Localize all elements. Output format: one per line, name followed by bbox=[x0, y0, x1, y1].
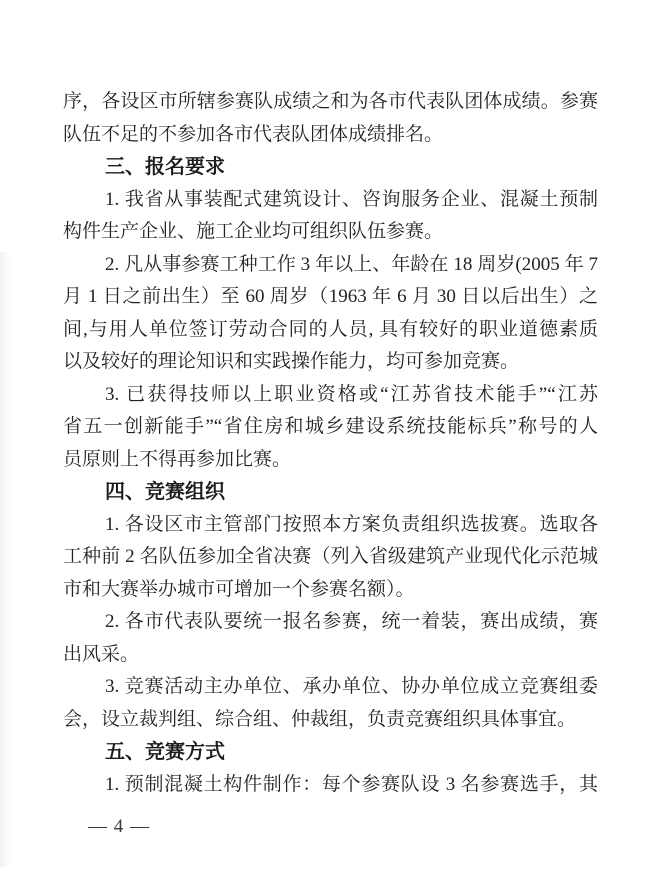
left-scan-shadow bbox=[0, 252, 13, 867]
document-text: 序，各设区市所辖参赛队成绩之和为各市代表队团体成绩。参赛队伍不足的不参加各市代表… bbox=[63, 86, 598, 801]
text-line: 以及较好的理论知识和实践操作能力，均可参加竞赛。 bbox=[63, 346, 598, 379]
text-line: 1. 预制混凝土构件制作：每个参赛队设 3 名参赛选手，其 bbox=[63, 769, 598, 802]
text-line: 3. 竞赛活动主办单位、承办单位、协办单位成立竞赛组委 bbox=[63, 671, 598, 704]
text-line: 2. 各市代表队要统一报名参赛，统一着装，赛出成绩，赛 bbox=[63, 606, 598, 639]
text-line: 月 1 日之前出生）至 60 周岁（1963 年 6 月 30 日以后出生）之 bbox=[63, 281, 598, 314]
text-line: 队伍不足的不参加各市代表队团体成绩排名。 bbox=[63, 119, 598, 152]
text-line: 员原则上不得再参加比赛。 bbox=[63, 444, 598, 477]
page-number: — 4 — bbox=[88, 812, 150, 842]
text-line: 2. 凡从事参赛工种工作 3 年以上、年龄在 18 周岁(2005 年 7 bbox=[63, 249, 598, 282]
section-heading: 三、报名要求 bbox=[63, 151, 598, 184]
text-line: 工种前 2 名队伍参加全省决赛（列入省级建筑产业现代化示范城 bbox=[63, 541, 598, 574]
text-line: 出风采。 bbox=[63, 639, 598, 672]
section-heading: 四、竞赛组织 bbox=[63, 476, 598, 509]
text-line: 序，各设区市所辖参赛队成绩之和为各市代表队团体成绩。参赛 bbox=[63, 86, 598, 119]
page-root: 序，各设区市所辖参赛队成绩之和为各市代表队团体成绩。参赛队伍不足的不参加各市代表… bbox=[0, 0, 660, 871]
text-line: 1. 我省从事装配式建筑设计、咨询服务企业、混凝土预制 bbox=[63, 184, 598, 217]
text-line: 3. 已获得技师以上职业资格或“江苏省技术能手”“江苏 bbox=[63, 379, 598, 412]
text-line: 间,与用人单位签订劳动合同的人员, 具有较好的职业道德素质 bbox=[63, 314, 598, 347]
text-line: 会，设立裁判组、综合组、仲裁组，负责竞赛组织具体事宜。 bbox=[63, 704, 598, 737]
text-line: 构件生产企业、施工企业均可组织队伍参赛。 bbox=[63, 216, 598, 249]
text-line: 省五一创新能手”“省住房和城乡建设系统技能标兵”称号的人 bbox=[63, 411, 598, 444]
section-heading: 五、竞赛方式 bbox=[63, 736, 598, 769]
text-line: 1. 各设区市主管部门按照本方案负责组织选拔赛。选取各 bbox=[63, 509, 598, 542]
text-line: 市和大赛举办城市可增加一个参赛名额）。 bbox=[63, 574, 598, 607]
